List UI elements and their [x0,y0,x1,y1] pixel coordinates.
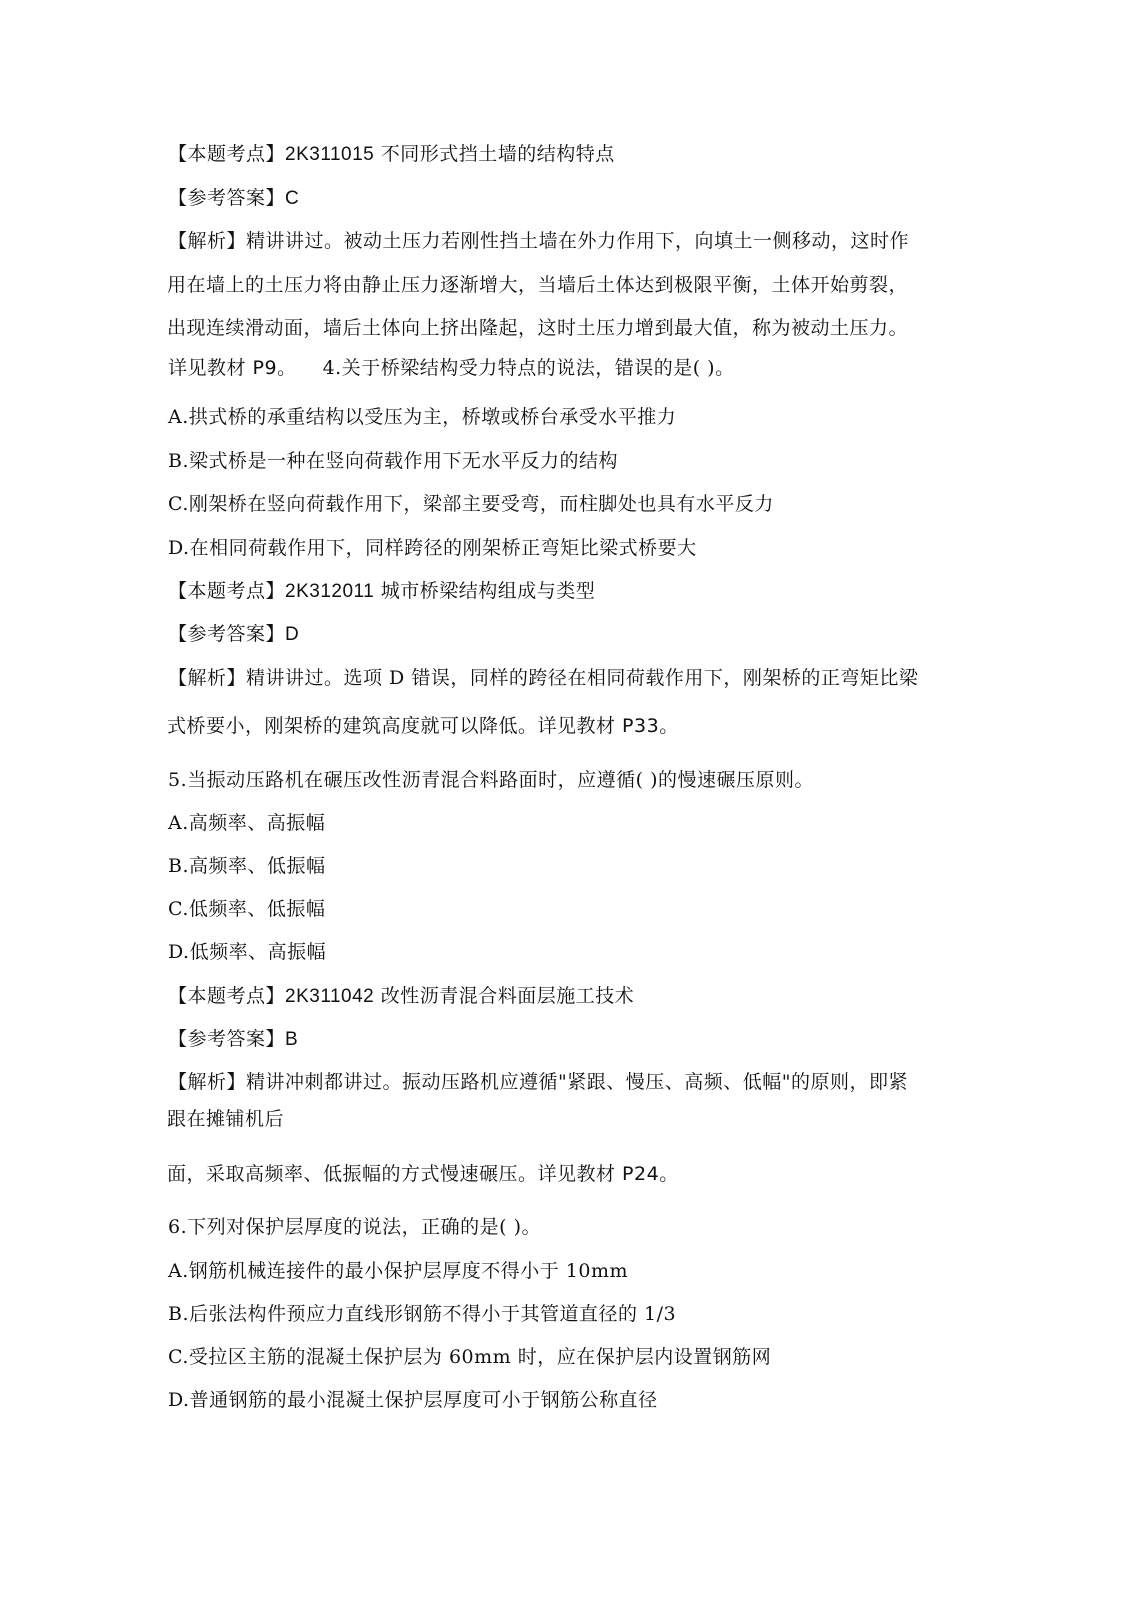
q3-reference: 详见教材 P9。 [168,357,297,379]
q4-stem: 4.关于桥梁结构受力特点的说法，错误的是( )。 [323,357,735,379]
q6-option-b: B.后张法构件预应力直线形钢筋不得小于其管道直径的 1/3 [168,1302,676,1326]
q3-analysis-line-1: 【解析】精讲讲过。被动土压力若刚性挡土墙在外力作用下，向填土一侧移动，这时作 [168,229,909,253]
q4-reference: 详见教材 P33。 [538,715,679,737]
q6-option-d: D.普通钢筋的最小混凝土保护层厚度可小于钢筋公称直径 [168,1388,658,1412]
q5-stem: 5.当振动压路机在碾压改性沥青混合料路面时，应遵循( )的慢速碾压原则。 [168,768,814,792]
q5-option-d: D.低频率、高振幅 [168,940,326,964]
q6-option-c: C.受拉区主筋的混凝土保护层为 60mm 时，应在保护层内设置钢筋网 [168,1345,771,1369]
q5-topic-label: 【本题考点】 [168,985,285,1007]
q3-topic-code: 2K311015 [285,144,374,165]
q3-answer-line: 【参考答案】C [168,186,299,211]
q5-answer-label: 【参考答案】 [168,1028,285,1050]
q5-analysis-text: 面，采取高频率、低振幅的方式慢速碾压。 [167,1163,538,1185]
document-page: 【本题考点】2K311015 不同形式挡土墙的结构特点 【参考答案】C 【解析】… [0,0,1131,1600]
q4-option-a: A.拱式桥的承重结构以受压为主，桥墩或桥台承受水平推力 [168,405,676,429]
q4-analysis-text: 式桥要小，刚架桥的建筑高度就可以降低。 [167,715,538,737]
q5-analysis-line-3: 面，采取高频率、低振幅的方式慢速碾压。详见教材 P24。 [167,1162,679,1186]
q5-topic-text: 改性沥青混合料面层施工技术 [374,985,634,1007]
q4-option-b: B.梁式桥是一种在竖向荷载作用下无水平反力的结构 [168,449,618,473]
q5-option-c: C.低频率、低振幅 [168,897,325,921]
q4-answer-line: 【参考答案】D [168,622,299,647]
q3-topic-label: 【本题考点】 [168,143,285,165]
q6-option-a: A.钢筋机械连接件的最小保护层厚度不得小于 10mm [168,1259,628,1283]
q4-analysis-line-1: 【解析】精讲讲过。选项 D 错误，同样的跨径在相同荷载作用下，刚架桥的正弯矩比梁 [168,666,918,690]
q5-analysis-line-2: 跟在摊铺机后 [167,1107,284,1131]
q5-topic-line: 【本题考点】2K311042 改性沥青混合料面层施工技术 [168,984,634,1009]
q4-topic-code: 2K312011 [285,581,374,602]
q5-answer-line: 【参考答案】B [168,1027,298,1052]
q4-answer-label: 【参考答案】 [168,623,285,645]
q3-analysis-line-3: 出现连续滑动面，墙后土体向上挤出隆起，这时土压力增到最大值，称为被动土压力。 [167,316,908,340]
q5-answer-value: B [285,1029,298,1050]
q3-topic-text: 不同形式挡土墙的结构特点 [374,143,615,165]
q5-option-a: A.高频率、高振幅 [168,811,325,835]
q5-analysis-line-1: 【解析】精讲冲刺都讲过。振动压路机应遵循"紧跟、慢压、高频、低幅"的原则，即紧 [168,1070,908,1094]
q6-stem: 6.下列对保护层厚度的说法，正确的是( )。 [168,1215,541,1239]
q3-answer-label: 【参考答案】 [168,187,285,209]
q5-topic-code: 2K311042 [285,986,374,1007]
q4-option-d: D.在相同荷载作用下，同样跨径的刚架桥正弯矩比梁式桥要大 [168,536,697,560]
q4-topic-line: 【本题考点】2K312011 城市桥梁结构组成与类型 [168,579,595,604]
q4-option-c: C.刚架桥在竖向荷载作用下，梁部主要受弯，而柱脚处也具有水平反力 [168,492,774,516]
q3-answer-value: C [285,188,299,209]
q4-answer-value: D [285,624,299,645]
q4-topic-label: 【本题考点】 [168,580,285,602]
q5-option-b: B.高频率、低振幅 [168,854,326,878]
q3-ref-and-q4-stem-line: 详见教材 P9。4.关于桥梁结构受力特点的说法，错误的是( )。 [168,356,735,380]
q4-topic-text: 城市桥梁结构组成与类型 [374,580,595,602]
q3-analysis-line-2: 用在墙上的土压力将由静止压力逐渐增大，当墙后土体达到极限平衡，土体开始剪裂， [167,273,908,297]
q3-topic-line: 【本题考点】2K311015 不同形式挡土墙的结构特点 [168,142,615,167]
q5-reference: 详见教材 P24。 [538,1163,679,1185]
q4-analysis-line-2: 式桥要小，刚架桥的建筑高度就可以降低。详见教材 P33。 [167,714,679,738]
